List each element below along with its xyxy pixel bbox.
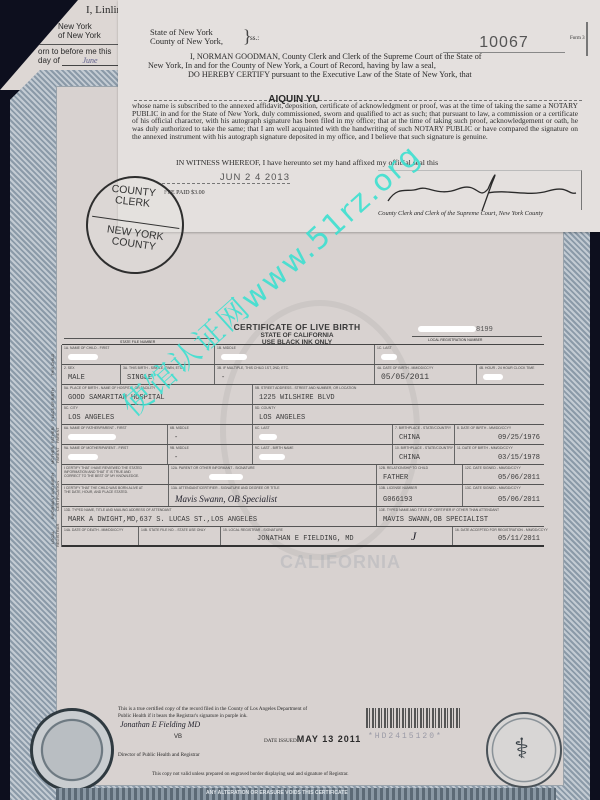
local-registration-number: 8199 [418, 326, 493, 334]
hd-number: *HD2415120* [368, 732, 443, 741]
informant-row: I CERTIFY THAT I HAVE REVIEWED THE STATE… [62, 465, 544, 485]
section-registrar: LOCAL REGISTRAR [50, 527, 62, 547]
section-mother: MOTHER/ PARENT [50, 445, 62, 465]
clerk-initials: VB [174, 734, 182, 740]
validity-notice: This copy not valid unless prepared on e… [152, 772, 348, 777]
barcode-icon [366, 708, 462, 728]
redaction [483, 374, 503, 380]
california-state-seal-icon [30, 708, 114, 792]
redaction [68, 454, 98, 460]
divider [586, 22, 588, 56]
redaction [259, 434, 277, 440]
registrar-initials: J [411, 529, 416, 544]
redaction [209, 474, 243, 480]
caduceus-icon: ⚕ [514, 732, 529, 766]
redaction [259, 454, 285, 460]
redaction [418, 326, 476, 332]
attendant-name-row: 13D. TYPED NAME, TITLE AND MAILING ADDRE… [62, 507, 544, 527]
date-issued: DATE ISSUEDMAY 13 2011 [264, 734, 361, 744]
signature-caption: County Clerk and Clerk of the Supreme Co… [378, 210, 598, 217]
form-number: Form 3 [570, 36, 585, 41]
redaction [68, 354, 98, 360]
ghost-seal-text: CALIFORNIA [280, 552, 401, 573]
certification-body: whose name is subscribed to the annexed … [132, 102, 578, 141]
registrar-signature: Jonathan E Fielding MD [120, 720, 200, 729]
serial-number: 10067 [443, 34, 565, 53]
mother-row: 9A. NAME OF MOTHER/PARENT - FIRST 9B. MI… [62, 445, 544, 465]
ss-label: ss.: [250, 34, 259, 42]
engraved-bottom-band: ANY ALTERATION OR ERASURE VOIDS THIS CER… [56, 788, 556, 800]
section-father: FATHER/ PARENT [50, 425, 62, 445]
director-title: Director of Public Health and Registrar [118, 752, 200, 758]
attendant-row: I CERTIFY THAT THE CHILD WAS BORN ALIVE … [62, 485, 544, 507]
section-certification: INFORMANT AND BIRTH CERTIFICATION [50, 465, 62, 527]
la-county-seal-icon: ⚕ [486, 712, 562, 788]
section-child: THIS CHILD [50, 345, 62, 385]
certify-paragraph: I, NORMAN GOODMAN, County Clerk and Cler… [148, 52, 588, 79]
father-row: 6A. NAME OF FATHER/PARENT - FIRST 6B. MI… [62, 425, 544, 445]
back-page-venue: New York of New York [58, 22, 101, 40]
venue: State of New York County of New York, [150, 28, 223, 46]
certified-copy-text: This is a true certified copy of the rec… [118, 706, 308, 720]
notary-name-line: AIQUIN YU [134, 87, 582, 101]
section-place: PLACE OF BIRTH [50, 385, 62, 425]
attendant-signature: Mavis Swann, OB Specialist [175, 494, 277, 504]
certification-date: JUN 2 4 2013 [162, 172, 290, 184]
child-name-row: 1A. NAME OF CHILD - FIRST 1B. MIDDLE 1C.… [62, 345, 544, 365]
month-field: June [62, 56, 118, 66]
redaction [221, 354, 247, 360]
redaction [68, 434, 116, 440]
redaction [381, 354, 397, 360]
registrar-row: 14A. DATE OF DEATH - MM/DD/CCYY 14B. STA… [62, 527, 544, 547]
